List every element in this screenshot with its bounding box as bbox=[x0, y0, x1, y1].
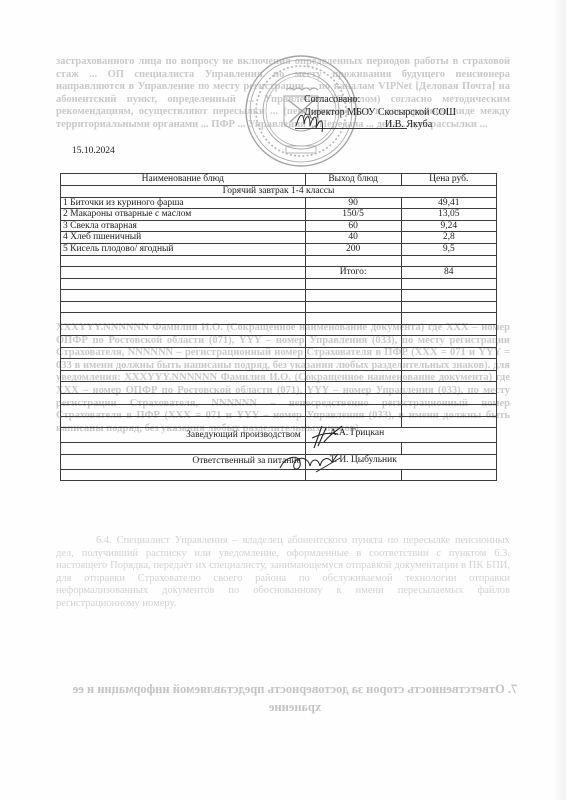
scanned-page: застрахованного лица по вопросу не включ… bbox=[0, 0, 566, 800]
table-row-empty bbox=[61, 301, 497, 313]
table-row-empty bbox=[61, 313, 497, 325]
approval-title: Согласовано: bbox=[304, 94, 456, 107]
show-through-bottom-text: 6.4. Специалист Управления – владелец аб… bbox=[56, 535, 510, 611]
total-value: 84 bbox=[401, 267, 497, 279]
signature-role: Заведующий производством bbox=[61, 428, 306, 443]
dish-name: 3 Свекла отварная bbox=[61, 220, 306, 232]
column-header-price: Цена руб. bbox=[401, 174, 497, 186]
table-row-empty bbox=[61, 382, 497, 394]
dish-yield: 200 bbox=[305, 243, 401, 255]
column-header-yield: Выход блюд bbox=[305, 174, 401, 186]
approval-signature-line bbox=[295, 128, 407, 129]
dish-yield: 60 bbox=[305, 220, 401, 232]
table-row-empty bbox=[61, 443, 497, 455]
dish-name: 2 Макароны отварные с маслом bbox=[61, 209, 306, 221]
table-row: 1 Биточки из куриного фарша 90 49,41 bbox=[61, 197, 497, 209]
table-row-empty bbox=[61, 290, 497, 302]
dish-name: 5 Кисель плодово/ ягодный bbox=[61, 243, 306, 255]
table-row: 5 Кисель плодово/ ягодный 200 9,5 bbox=[61, 243, 497, 255]
page-edge-shadow bbox=[552, 0, 566, 800]
total-row: Итого: 84 bbox=[61, 267, 497, 279]
table-row-empty bbox=[61, 405, 497, 417]
document-date: 15.10.2024 bbox=[72, 146, 115, 156]
table-row-empty bbox=[61, 469, 497, 481]
table-row-empty bbox=[61, 255, 497, 267]
dish-name: 4 Хлеб пшеничный bbox=[61, 232, 306, 244]
signature-name: А.А. Грицкан bbox=[330, 428, 384, 439]
dish-price: 9,24 bbox=[401, 220, 497, 232]
section-title: Горячий завтрак 1-4 классы bbox=[61, 186, 497, 198]
show-through-heading: 7. Ответственность сторон за достовернос… bbox=[60, 680, 530, 716]
dish-yield: 90 bbox=[305, 197, 401, 209]
table-row-empty bbox=[61, 416, 497, 428]
menu-table: Наименование блюд Выход блюд Цена руб. Г… bbox=[60, 173, 497, 481]
table-row-empty bbox=[61, 393, 497, 405]
column-header-dish: Наименование блюд bbox=[61, 174, 306, 186]
signature-name: Т. И. Цыбульник bbox=[330, 455, 397, 466]
signature-row: Ответственный за питание Т. И. Цыбульник bbox=[61, 454, 497, 469]
dish-yield: 150/5 bbox=[305, 209, 401, 221]
section-row: Горячий завтрак 1-4 классы bbox=[61, 186, 497, 198]
dish-price: 9,5 bbox=[401, 243, 497, 255]
table-row-empty bbox=[61, 324, 497, 336]
dish-price: 49,41 bbox=[401, 197, 497, 209]
dish-price: 13,05 bbox=[401, 209, 497, 221]
table-row-empty bbox=[61, 336, 497, 348]
table-header-row: Наименование блюд Выход блюд Цена руб. bbox=[61, 174, 497, 186]
signature-role: Ответственный за питание bbox=[61, 454, 306, 469]
approval-block: Согласовано: Директор МБОУ Скосырской СО… bbox=[304, 94, 456, 132]
dish-yield: 40 bbox=[305, 232, 401, 244]
total-label: Итого: bbox=[305, 267, 401, 279]
dish-price: 2,8 bbox=[401, 232, 497, 244]
table-row: 2 Макароны отварные с маслом 150/5 13,05 bbox=[61, 209, 497, 221]
table-row-empty bbox=[61, 359, 497, 371]
table-row-empty bbox=[61, 370, 497, 382]
table-row-empty bbox=[61, 278, 497, 290]
approval-position: Директор МБОУ Скосырской СОШ bbox=[304, 107, 456, 120]
dish-name: 1 Биточки из куриного фарша bbox=[61, 197, 306, 209]
signature-row: Заведующий производством А.А. Грицкан bbox=[61, 428, 497, 443]
approval-name: И.В. Якуба bbox=[304, 119, 456, 132]
table-row-empty bbox=[61, 347, 497, 359]
table-row: 3 Свекла отварная 60 9,24 bbox=[61, 220, 497, 232]
table-row: 4 Хлеб пшеничный 40 2,8 bbox=[61, 232, 497, 244]
